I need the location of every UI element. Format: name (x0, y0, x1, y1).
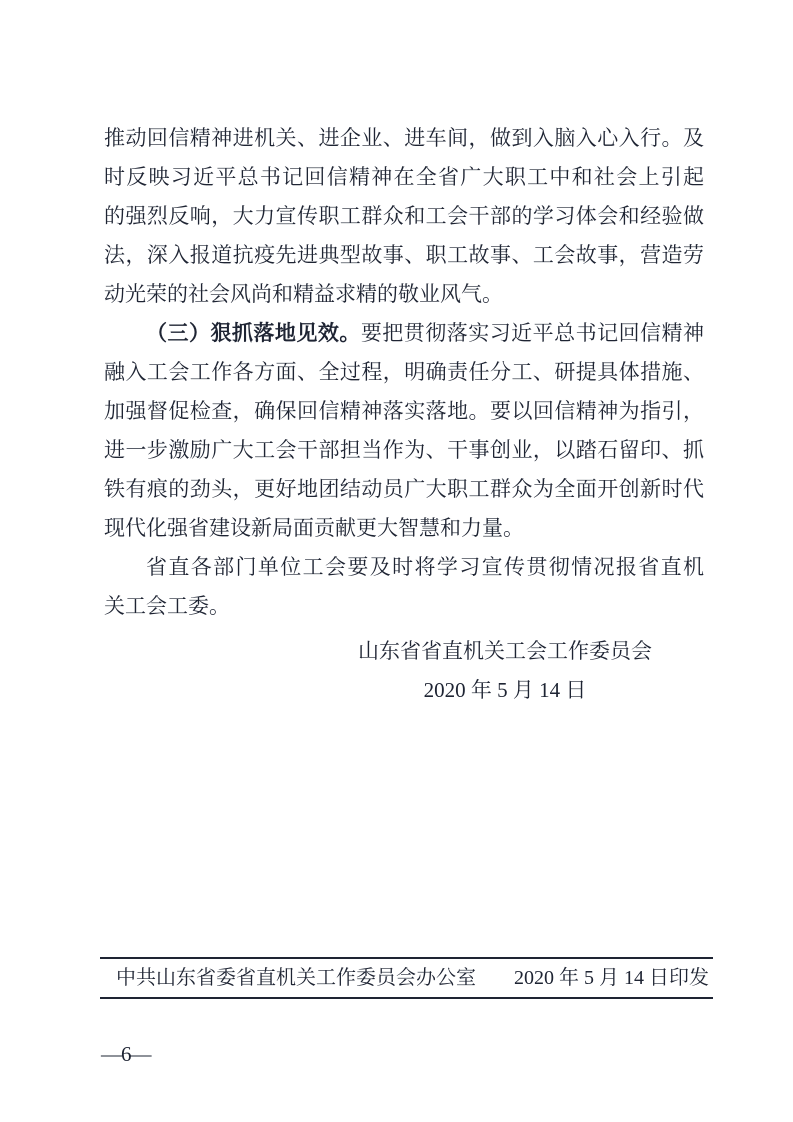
body-line-text: 省直各部门单位工会要及时将学习宣传贯彻情况报省直机 (146, 555, 704, 579)
body-line: 铁有痕的劲头，更好地团结动员广大职工群众为全面开创新时代 (104, 470, 704, 509)
body-line-text: 关工会工委。 (104, 594, 230, 618)
signature-inner: 山东省省直机关工会工作委员会 2020 年 5 月 14 日 (358, 632, 652, 710)
body-line-text: 时反映习近平总书记回信精神在全省广大职工中和社会上引起 (104, 165, 704, 189)
body-line-text: 法，深入报道抗疫先进典型故事、职工故事、工会故事，营造劳 (104, 243, 704, 267)
body-line-text: 要把贯彻落实习近平总书记回信精神 (361, 321, 704, 345)
body-line-text: 融入工会工作各方面、全过程，明确责任分工、研提具体措施、 (104, 360, 704, 384)
document-page: 推动回信精神进机关、进企业、进车间，做到入脑入心入行。及时反映习近平总书记回信精… (0, 0, 793, 1122)
body-line-bold-lead: （三）狠抓落地见效。 (146, 321, 361, 345)
body-line-text: 动光荣的社会风尚和精益求精的敬业风气。 (104, 282, 503, 306)
body-line: 法，深入报道抗疫先进典型故事、职工故事、工会故事，营造劳 (104, 236, 704, 275)
footer-print-date: 2020 年 5 月 14 日印发 (514, 965, 709, 991)
signature-date: 2020 年 5 月 14 日 (358, 671, 652, 710)
body-line-text: 加强督促检查，确保回信精神落实落地。要以回信精神为指引， (104, 399, 704, 423)
signature-block: 山东省省直机关工会工作委员会 2020 年 5 月 14 日 (104, 632, 704, 710)
body-line: 融入工会工作各方面、全过程，明确责任分工、研提具体措施、 (104, 353, 704, 392)
body-line: 的强烈反响，大力宣传职工群众和工会干部的学习体会和经验做 (104, 197, 704, 236)
body-line: （三）狠抓落地见效。要把贯彻落实习近平总书记回信精神 (104, 314, 704, 353)
body-line-text: 铁有痕的劲头，更好地团结动员广大职工群众为全面开创新时代 (104, 477, 704, 501)
body-line-text: 推动回信精神进机关、进企业、进车间，做到入脑入心入行。及 (104, 126, 704, 150)
body-line: 进一步激励广大工会干部担当作为、干事创业，以踏石留印、抓 (104, 431, 704, 470)
footer-colophon: 中共山东省委省直机关工作委员会办公室 2020 年 5 月 14 日印发 (100, 957, 713, 999)
body-line: 省直各部门单位工会要及时将学习宣传贯彻情况报省直机 (104, 548, 704, 587)
page-number: —6— (101, 1042, 151, 1066)
document-body: 推动回信精神进机关、进企业、进车间，做到入脑入心入行。及时反映习近平总书记回信精… (104, 119, 704, 626)
signature-org: 山东省省直机关工会工作委员会 (358, 632, 652, 671)
body-line: 推动回信精神进机关、进企业、进车间，做到入脑入心入行。及 (104, 119, 704, 158)
footer-issuer: 中共山东省委省直机关工作委员会办公室 (116, 965, 476, 991)
body-line: 时反映习近平总书记回信精神在全省广大职工中和社会上引起 (104, 158, 704, 197)
body-line-text: 进一步激励广大工会干部担当作为、干事创业，以踏石留印、抓 (104, 438, 704, 462)
body-line: 现代化强省建设新局面贡献更大智慧和力量。 (104, 509, 704, 548)
body-line: 关工会工委。 (104, 587, 704, 626)
body-line: 加强督促检查，确保回信精神落实落地。要以回信精神为指引， (104, 392, 704, 431)
body-line-text: 的强烈反响，大力宣传职工群众和工会干部的学习体会和经验做 (104, 204, 704, 228)
body-line-text: 现代化强省建设新局面贡献更大智慧和力量。 (104, 516, 524, 540)
body-line: 动光荣的社会风尚和精益求精的敬业风气。 (104, 275, 704, 314)
